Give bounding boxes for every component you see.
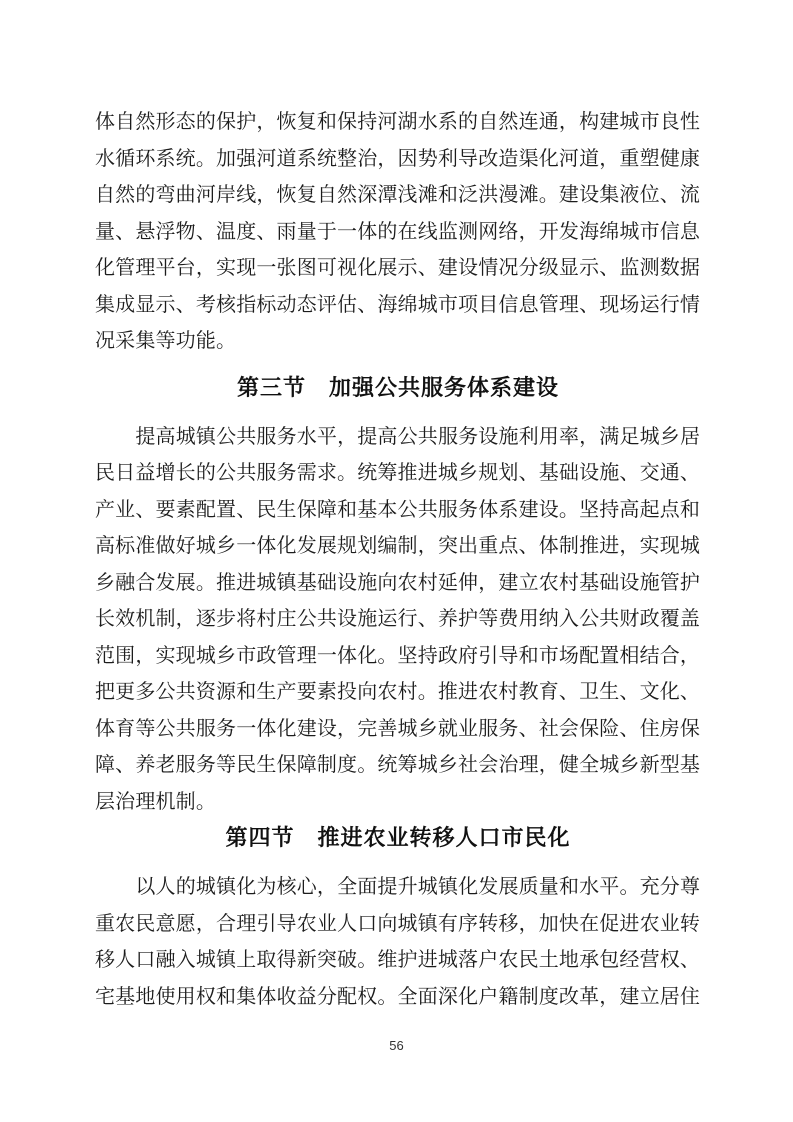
body-text-line: 体育等公共服务一体化建设，完善城乡就业服务、社会保险、住房保: [95, 710, 701, 747]
body-text-line: 自然的弯曲河岸线，恢复自然深潭浅滩和泛洪漫滩。建设集液位、流: [95, 176, 701, 213]
body-text-line: 高标准做好城乡一体化发展规划编制，突出重点、体制推进，实现城: [95, 527, 701, 564]
section-heading-4: 第四节 推进农业转移人口市民化: [95, 822, 701, 854]
document-page: 体自然形态的保护，恢复和保持河湖水系的自然连通，构建城市良性 水循环系统。加强河…: [0, 0, 793, 1122]
body-text-line: 障、养老服务等民生保障制度。统筹城乡社会治理，健全城乡新型基: [95, 746, 701, 783]
page-number: 56: [0, 1038, 793, 1053]
body-text-line: 水循环系统。加强河道系统整治，因势利导改造渠化河道，重塑健康: [95, 140, 701, 177]
body-text-line: 以人的城镇化为核心，全面提升城镇化发展质量和水平。充分尊: [95, 868, 701, 905]
paragraph: 提高城镇公共服务水平，提高公共服务设施利用率，满足城乡居 民日益增长的公共服务需…: [95, 418, 701, 820]
body-text-line: 产业、要素配置、民生保障和基本公共服务体系建设。坚持高起点和: [95, 491, 701, 528]
text-block: 体自然形态的保护，恢复和保持河湖水系的自然连通，构建城市良性 水循环系统。加强河…: [95, 0, 701, 1014]
body-text-line: 层治理机制。: [95, 783, 701, 820]
body-text-line: 化管理平台，实现一张图可视化展示、建设情况分级显示、监测数据: [95, 249, 701, 286]
paragraph: 以人的城镇化为核心，全面提升城镇化发展质量和水平。充分尊 重农民意愿，合理引导农…: [95, 868, 701, 1014]
body-text-line: 长效机制，逐步将村庄公共设施运行、养护等费用纳入公共财政覆盖: [95, 600, 701, 637]
body-text-line: 范围，实现城乡市政管理一体化。坚持政府引导和市场配置相结合，: [95, 637, 701, 674]
body-text-line: 乡融合发展。推进城镇基础设施向农村延伸，建立农村基础设施管护: [95, 564, 701, 601]
body-text-line: 重农民意愿，合理引导农业人口向城镇有序转移，加快在促进农业转: [95, 905, 701, 942]
body-text-line: 宅基地使用权和集体收益分配权。全面深化户籍制度改革，建立居住: [95, 978, 701, 1015]
section-heading-3: 第三节 加强公共服务体系建设: [95, 372, 701, 404]
paragraph: 体自然形态的保护，恢复和保持河湖水系的自然连通，构建城市良性 水循环系统。加强河…: [95, 103, 701, 359]
body-text-line: 量、悬浮物、温度、雨量于一体的在线监测网络，开发海绵城市信息: [95, 213, 701, 250]
body-text-line: 移人口融入城镇上取得新突破。维护进城落户农民土地承包经营权、: [95, 941, 701, 978]
body-text-line: 集成显示、考核指标动态评估、海绵城市项目信息管理、现场运行情: [95, 286, 701, 323]
body-text-line: 况采集等功能。: [95, 322, 701, 359]
body-text-line: 提高城镇公共服务水平，提高公共服务设施利用率，满足城乡居: [95, 418, 701, 455]
body-text-line: 体自然形态的保护，恢复和保持河湖水系的自然连通，构建城市良性: [95, 103, 701, 140]
body-text-line: 把更多公共资源和生产要素投向农村。推进农村教育、卫生、文化、: [95, 673, 701, 710]
body-text-line: 民日益增长的公共服务需求。统筹推进城乡规划、基础设施、交通、: [95, 454, 701, 491]
